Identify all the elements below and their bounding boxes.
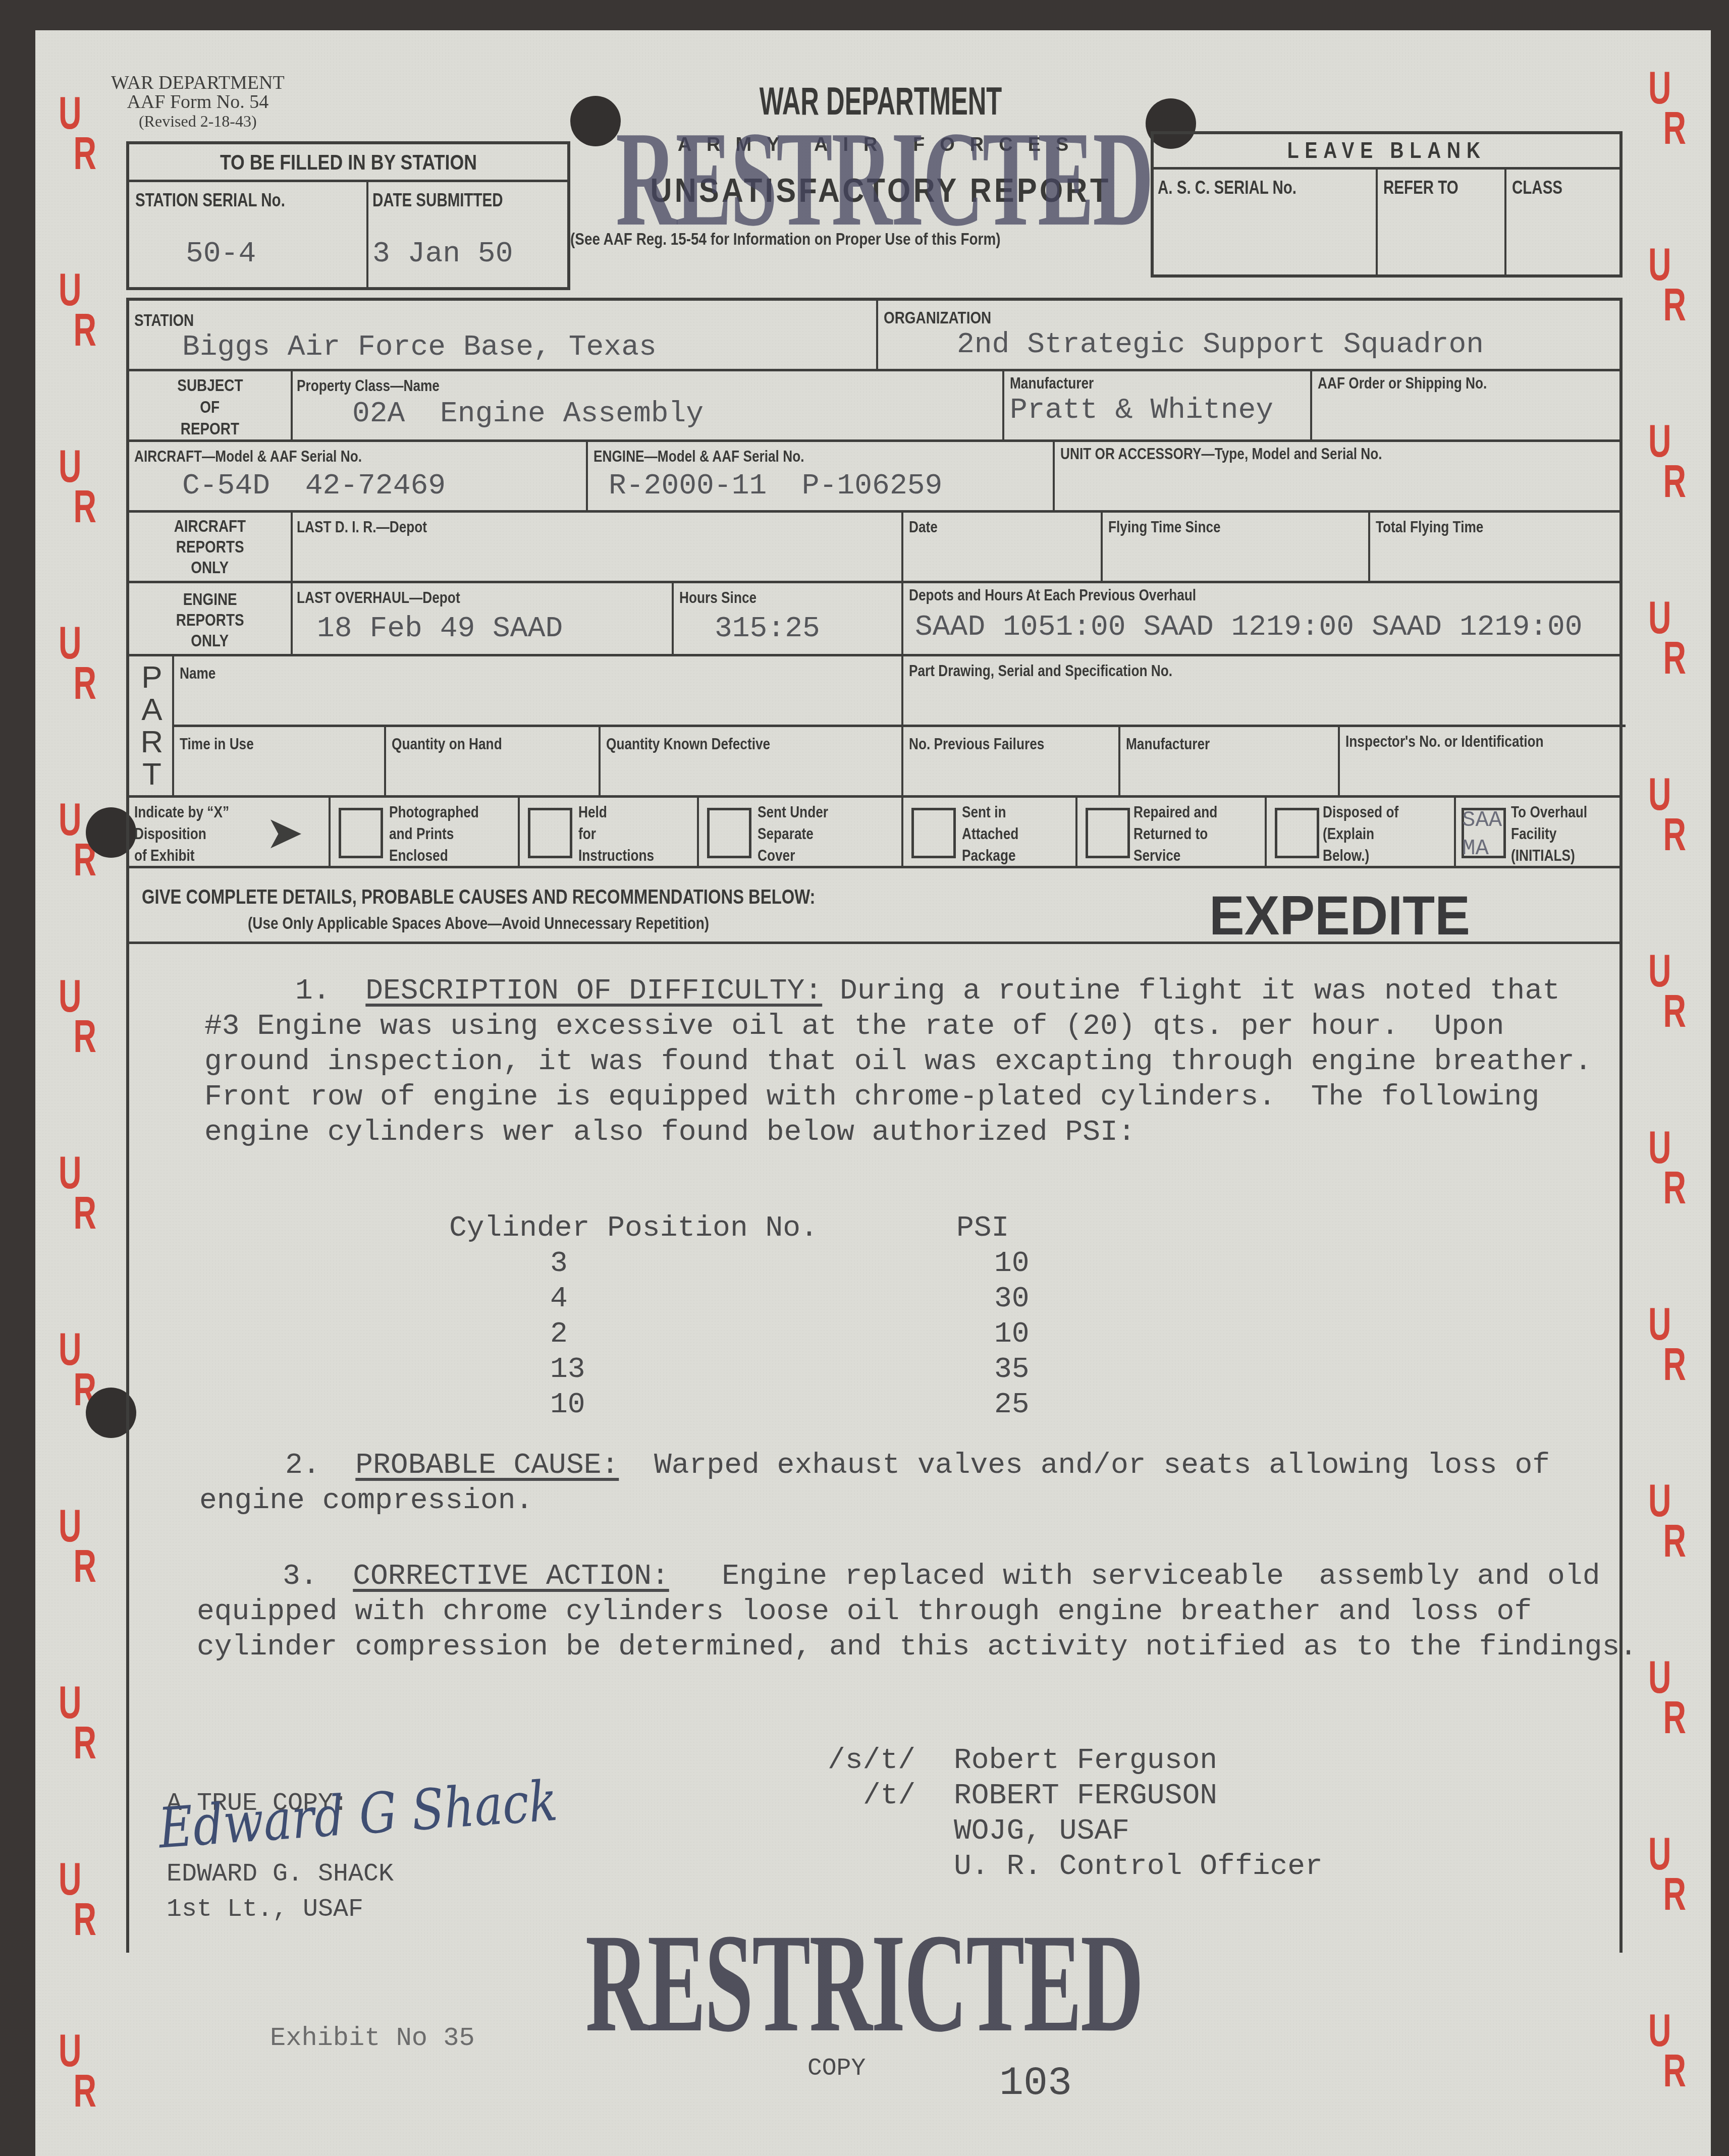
property-class-label: Property Class—Name bbox=[297, 376, 440, 395]
cylinder-position: 10 bbox=[550, 1388, 585, 1423]
exhibit-number: Exhibit No 35 bbox=[270, 2021, 475, 2056]
label-line: ENGINE bbox=[183, 591, 237, 608]
certifier-rank: 1st Lt., USAF bbox=[167, 1892, 363, 1927]
unit-accessory-field[interactable]: UNIT OR ACCESSORY—Type, Model and Serial… bbox=[1060, 445, 1453, 463]
option-separate-cover: Sent Under Separate Cover bbox=[758, 803, 844, 868]
engine-reports-only-label: ENGINE REPORTS ONLY bbox=[134, 591, 286, 653]
aircraft-field[interactable]: AIRCRAFT—Model & AAF Serial No. C-54D 42… bbox=[134, 447, 412, 466]
date-submitted-label: DATE SUBMITTED bbox=[372, 190, 503, 211]
divider bbox=[586, 442, 588, 510]
divider bbox=[1376, 170, 1378, 275]
manufacturer-value: Pratt & Whitney bbox=[1010, 394, 1273, 427]
station-box-header: TO BE FILLED IN BY STATION bbox=[129, 144, 567, 182]
station-value: Biggs Air Force Base, Texas bbox=[182, 331, 657, 364]
body-line: #3 Engine was using excessive oil at the… bbox=[204, 1010, 1504, 1043]
label-line: for bbox=[578, 824, 596, 843]
asc-serial-label: A. S. C. SERIAL No. bbox=[1158, 177, 1296, 198]
restricted-stamp-top: RESTRICTED bbox=[616, 114, 1153, 245]
flying-time-since-field[interactable]: Flying Time Since bbox=[1108, 518, 1245, 536]
label-line: Held bbox=[578, 803, 607, 821]
label-line: Package bbox=[962, 846, 1015, 864]
engine-value: R-2000-11 P-106259 bbox=[609, 470, 942, 503]
label-line: ONLY bbox=[191, 559, 229, 576]
ur-margin-mark: UR bbox=[59, 267, 96, 353]
body-line: Front row of engine is equipped with chr… bbox=[204, 1081, 1539, 1114]
cylinder-position: 2 bbox=[550, 1317, 568, 1352]
date-label: Date bbox=[909, 518, 938, 536]
quantity-on-hand-label: Quantity on Hand bbox=[392, 735, 502, 753]
document-page: UR UR UR UR UR UR UR UR UR UR UR UR UR U… bbox=[35, 30, 1711, 2156]
cylinder-psi: 35 bbox=[994, 1352, 1030, 1388]
last-dir-field[interactable]: LAST D. I. R.—Depot bbox=[297, 518, 456, 536]
section-number: 2. bbox=[285, 1449, 320, 1482]
cylinder-position: 3 bbox=[550, 1246, 568, 1282]
restricted-stamp-bottom: RESTRICTED bbox=[585, 1912, 1143, 2054]
label-line: (Explain bbox=[1323, 824, 1374, 843]
organization-field[interactable]: ORGANIZATION 2nd Strategic Support Squad… bbox=[884, 308, 1015, 328]
body-line: Warped exhaust valves and/or seats allow… bbox=[619, 1449, 1550, 1482]
arrow-right-icon: ➤ bbox=[265, 810, 303, 856]
divider bbox=[1310, 371, 1312, 439]
refer-to-label: REFER TO bbox=[1383, 177, 1458, 198]
body-line: During a routine flight it was noted tha… bbox=[822, 975, 1560, 1008]
station-serial-value: 50-4 bbox=[186, 238, 256, 270]
body-line: engine cylinders wer also found below au… bbox=[204, 1116, 1136, 1149]
last-overhaul-label: LAST OVERHAUL—Depot bbox=[297, 588, 460, 607]
part-name-label: Name bbox=[180, 664, 215, 683]
cylinder-position: 4 bbox=[550, 1282, 568, 1317]
divider bbox=[599, 727, 601, 795]
signer-rank: WOJG, USAF bbox=[954, 1814, 1129, 1849]
unit-accessory-label: UNIT OR ACCESSORY—Type, Model and Serial… bbox=[1060, 445, 1382, 463]
ur-margin-mark: UR bbox=[59, 91, 96, 177]
divider bbox=[366, 182, 368, 288]
previous-failures-label: No. Previous Failures bbox=[909, 735, 1044, 753]
quantity-defective-field[interactable]: Quantity Known Defective bbox=[606, 735, 806, 753]
part-manufacturer-label: Manufacturer bbox=[1126, 735, 1210, 753]
typed-marker: /t/ bbox=[863, 1779, 915, 1814]
form-number: AAF Form No. 54 bbox=[111, 92, 285, 112]
label-line: Returned to bbox=[1133, 824, 1208, 843]
divider bbox=[172, 725, 1626, 727]
part-name-field[interactable]: Name bbox=[180, 664, 224, 683]
label-line: Disposition bbox=[134, 824, 206, 843]
aircraft-label: AIRCRAFT—Model & AAF Serial No. bbox=[134, 447, 362, 466]
divider bbox=[1002, 371, 1004, 439]
leave-blank-title: LEAVE BLANK bbox=[1287, 138, 1486, 163]
part-letter: P bbox=[135, 661, 169, 694]
divider bbox=[129, 439, 1619, 442]
details-instruction-sub: (Use Only Applicable Spaces Above—Avoid … bbox=[248, 914, 709, 933]
previous-overhauls-value: SAAD 1051:00 SAAD 1219:00 SAAD 1219:00 bbox=[915, 611, 1583, 644]
aaf-order-label: AAF Order or Shipping No. bbox=[1318, 374, 1487, 393]
reg-note-text: (See AAF Reg. 15-54 for Information on P… bbox=[570, 230, 1001, 249]
part-drawing-field[interactable]: Part Drawing, Serial and Specification N… bbox=[909, 661, 1230, 680]
ur-margin-mark: UR bbox=[1648, 1655, 1686, 1741]
ur-margin-mark: UR bbox=[1648, 419, 1686, 505]
label-line: Sent in bbox=[962, 803, 1006, 821]
ur-margin-mark: UR bbox=[59, 621, 96, 706]
station-field[interactable]: STATION Biggs Air Force Base, Texas bbox=[134, 311, 207, 330]
flying-time-since-label: Flying Time Since bbox=[1108, 518, 1221, 536]
divider bbox=[1504, 170, 1506, 275]
ur-margin-mark: UR bbox=[59, 444, 96, 530]
label-line: Photographed bbox=[389, 803, 479, 821]
ur-margin-mark: UR bbox=[59, 1680, 96, 1766]
last-dir-label: LAST D. I. R.—Depot bbox=[297, 518, 427, 536]
asc-serial-field[interactable]: A. S. C. SERIAL No. bbox=[1158, 177, 1327, 198]
initials-mark: SAA MA bbox=[1462, 806, 1518, 863]
option-held: Held for Instructions bbox=[578, 803, 671, 868]
engine-label: ENGINE—Model & AAF Serial No. bbox=[593, 447, 804, 466]
station-serial-field[interactable]: STATION SERIAL No. 50-4 bbox=[135, 190, 318, 211]
divider bbox=[876, 301, 878, 369]
divider bbox=[291, 583, 293, 654]
label-line: (INITIALS) bbox=[1511, 846, 1575, 864]
hours-since-field[interactable]: Hours Since 315:25 bbox=[679, 588, 774, 607]
table-header-psi: PSI bbox=[956, 1211, 1009, 1246]
last-overhaul-field[interactable]: LAST OVERHAUL—Depot 18 Feb 49 SAAD bbox=[297, 588, 496, 607]
class-label: CLASS bbox=[1512, 177, 1562, 198]
previous-overhauls-label: Depots and Hours At Each Previous Overha… bbox=[909, 586, 1196, 604]
divider bbox=[1101, 513, 1103, 581]
manufacturer-label: Manufacturer bbox=[1010, 374, 1094, 393]
hours-since-value: 315:25 bbox=[715, 613, 820, 645]
divider bbox=[129, 942, 1619, 944]
section-heading: PROBABLE CAUSE: bbox=[355, 1449, 619, 1482]
body-line: engine compression. bbox=[199, 1484, 533, 1517]
engine-field[interactable]: ENGINE—Model & AAF Serial No. R-2000-11 … bbox=[593, 447, 850, 466]
divider bbox=[129, 369, 1619, 371]
cylinder-psi: 25 bbox=[994, 1388, 1030, 1423]
label-line: REPORTS bbox=[176, 538, 244, 556]
checkbox-disposed[interactable] bbox=[1275, 808, 1319, 858]
divider bbox=[291, 513, 293, 581]
divider bbox=[1338, 727, 1340, 795]
previous-failures-field[interactable]: No. Previous Failures bbox=[909, 735, 1074, 753]
class-field[interactable]: CLASS bbox=[1512, 177, 1574, 198]
label-line: AIRCRAFT bbox=[174, 518, 246, 535]
label-line: Attached bbox=[962, 824, 1018, 843]
option-overhaul-facility: To Overhaul Facility (INITIALS) bbox=[1511, 803, 1604, 868]
inspector-label: Inspector's No. or Identification bbox=[1345, 732, 1544, 751]
divider bbox=[384, 727, 386, 795]
date-submitted-field[interactable]: DATE SUBMITTED 3 Jan 50 bbox=[372, 190, 531, 211]
signer-title: U. R. Control Officer bbox=[954, 1849, 1323, 1885]
divider bbox=[1075, 798, 1077, 866]
divider bbox=[129, 510, 1619, 513]
last-overhaul-value: 18 Feb 49 SAAD bbox=[317, 613, 563, 645]
signer-name-typed: ROBERT FERGUSON bbox=[954, 1779, 1217, 1814]
label-line: Sent Under bbox=[758, 803, 828, 821]
section-probable-cause: 2. PROBABLE CAUSE: Warped exhaust valves… bbox=[199, 1448, 1550, 1519]
option-photographed: Photographed and Prints Enclosed bbox=[389, 803, 499, 868]
divider bbox=[697, 798, 699, 866]
form-dept: WAR DEPARTMENT bbox=[111, 73, 285, 92]
label-line: Disposed of bbox=[1323, 803, 1398, 821]
divider bbox=[129, 795, 1619, 798]
label-line: Repaired and bbox=[1133, 803, 1217, 821]
divider bbox=[901, 583, 903, 654]
divider bbox=[901, 798, 903, 866]
ur-margin-mark: UR bbox=[59, 974, 96, 1060]
cylinder-position: 13 bbox=[550, 1352, 585, 1388]
label-line: Facility bbox=[1511, 824, 1556, 843]
hours-since-label: Hours Since bbox=[679, 588, 757, 607]
label-line: SUBJECT bbox=[177, 376, 243, 395]
label-line: OF bbox=[200, 398, 220, 416]
label-line: Separate bbox=[758, 824, 814, 843]
subject-of-report-label: SUBJECT OF REPORT bbox=[134, 376, 286, 441]
disposition-intro: Indicate by “X” Disposition of Exhibit bbox=[134, 803, 250, 868]
part-manufacturer-field[interactable]: Manufacturer bbox=[1126, 735, 1228, 753]
divider bbox=[901, 513, 903, 581]
reg-note: (See AAF Reg. 15-54 for Information on P… bbox=[570, 230, 1176, 249]
details-instruction-sub-wrap: (Use Only Applicable Spaces Above—Avoid … bbox=[248, 914, 811, 933]
cylinder-psi: 10 bbox=[994, 1317, 1030, 1352]
copy-number: 103 bbox=[999, 2066, 1072, 2102]
body-line: Engine replaced with serviceable assembl… bbox=[669, 1560, 1600, 1593]
divider bbox=[291, 371, 293, 439]
label-line: Indicate by “X” bbox=[134, 803, 229, 821]
ur-margin-mark: UR bbox=[1648, 595, 1686, 681]
date-submitted-value: 3 Jan 50 bbox=[372, 238, 513, 270]
option-disposed: Disposed of (Explain Below.) bbox=[1323, 803, 1415, 868]
label-line: Below.) bbox=[1323, 846, 1369, 864]
organization-value: 2nd Strategic Support Squadron bbox=[957, 328, 1484, 361]
time-in-use-field[interactable]: Time in Use bbox=[180, 735, 270, 753]
part-letter: A bbox=[135, 694, 169, 726]
divider bbox=[329, 798, 331, 866]
checkbox-attached-package[interactable] bbox=[911, 808, 956, 858]
property-class-field[interactable]: Property Class—Name 02A Engine Assembly bbox=[297, 376, 471, 395]
divider bbox=[1053, 442, 1055, 510]
checkbox-separate-cover[interactable] bbox=[707, 808, 751, 858]
ur-margin-mark: UR bbox=[59, 1150, 96, 1236]
checkbox-repaired-returned[interactable] bbox=[1086, 808, 1130, 858]
ur-margin-mark: UR bbox=[1648, 66, 1686, 151]
label-line: Enclosed bbox=[389, 846, 448, 864]
time-in-use-label: Time in Use bbox=[180, 735, 254, 753]
station-box-title: TO BE FILLED IN BY STATION bbox=[220, 150, 476, 175]
signature-marker: /s/t/ bbox=[828, 1743, 915, 1779]
body-line: cylinder compression be determined, and … bbox=[197, 1631, 1637, 1664]
ur-margin-mark: UR bbox=[1648, 2008, 1686, 2094]
section-number: 3. bbox=[283, 1560, 318, 1593]
label-line: REPORTS bbox=[176, 612, 244, 629]
aircraft-value: C-54D 42-72469 bbox=[182, 470, 446, 503]
certifier-name: EDWARD G. SHACK bbox=[167, 1857, 394, 1892]
checkbox-overhaul-facility[interactable]: SAA MA bbox=[1462, 808, 1506, 858]
ur-margin-mark: UR bbox=[1648, 772, 1686, 858]
aaf-order-field[interactable]: AAF Order or Shipping No. bbox=[1318, 374, 1524, 393]
divider bbox=[1265, 798, 1267, 866]
organization-label: ORGANIZATION bbox=[884, 308, 991, 328]
quantity-on-hand-field[interactable]: Quantity on Hand bbox=[392, 735, 526, 753]
section-corrective-action: 3. CORRECTIVE ACTION: Engine replaced wi… bbox=[197, 1559, 1637, 1665]
cylinder-psi: 30 bbox=[994, 1282, 1030, 1317]
body-line: equipped with chrome cylinders loose oil… bbox=[197, 1595, 1532, 1628]
previous-overhauls-field[interactable]: Depots and Hours At Each Previous Overha… bbox=[909, 586, 1259, 604]
property-class-value: 02A Engine Assembly bbox=[352, 398, 704, 430]
label-line: To Overhaul bbox=[1511, 803, 1587, 821]
ur-margin-mark: UR bbox=[1648, 949, 1686, 1034]
label-line: Service bbox=[1133, 846, 1180, 864]
ur-margin-mark: UR bbox=[59, 2028, 96, 2114]
expedite-stamp: EXPEDITE bbox=[1209, 883, 1470, 948]
option-attached-package: Sent in Attached Package bbox=[962, 803, 1031, 868]
leave-blank-box: LEAVE BLANK A. S. C. SERIAL No. REFER TO… bbox=[1151, 131, 1623, 278]
ur-margin-mark: UR bbox=[1648, 1832, 1686, 1917]
aircraft-reports-only-label: AIRCRAFT REPORTS ONLY bbox=[134, 518, 286, 580]
date-field[interactable]: Date bbox=[909, 518, 944, 536]
station-serial-label: STATION SERIAL No. bbox=[135, 190, 285, 211]
divider bbox=[129, 654, 1619, 656]
signer-name: Robert Ferguson bbox=[954, 1743, 1217, 1779]
part-letter: T bbox=[135, 758, 169, 791]
label-line: of Exhibit bbox=[134, 846, 195, 864]
manufacturer-field[interactable]: Manufacturer Pratt & Whitney bbox=[1010, 374, 1112, 393]
divider bbox=[129, 581, 1619, 583]
divider bbox=[672, 583, 674, 654]
label-line: REPORT bbox=[181, 420, 239, 438]
section-description: 1. DESCRIPTION OF DIFFICULTY: During a r… bbox=[204, 974, 1592, 1150]
label-line: ONLY bbox=[191, 632, 229, 649]
divider bbox=[129, 866, 1619, 868]
station-filled-box: TO BE FILLED IN BY STATION STATION SERIA… bbox=[126, 141, 570, 290]
form-identifier: WAR DEPARTMENT AAF Form No. 54 (Revised … bbox=[111, 73, 285, 131]
refer-to-field[interactable]: REFER TO bbox=[1383, 177, 1475, 198]
quantity-defective-label: Quantity Known Defective bbox=[606, 735, 770, 753]
part-drawing-label: Part Drawing, Serial and Specification N… bbox=[909, 661, 1172, 680]
divider bbox=[1118, 727, 1120, 795]
divider bbox=[518, 798, 520, 866]
total-flying-time-field[interactable]: Total Flying Time bbox=[1376, 518, 1507, 536]
leave-blank-header: LEAVE BLANK bbox=[1154, 134, 1619, 170]
part-letter: R bbox=[135, 726, 169, 758]
total-flying-time-label: Total Flying Time bbox=[1376, 518, 1483, 536]
section-heading: DESCRIPTION OF DIFFICULTY: bbox=[365, 975, 822, 1008]
divider bbox=[1368, 513, 1370, 581]
label-line: Instructions bbox=[578, 846, 654, 864]
details-instruction: GIVE COMPLETE DETAILS, PROBABLE CAUSES A… bbox=[142, 886, 963, 909]
details-instruction-main: GIVE COMPLETE DETAILS, PROBABLE CAUSES A… bbox=[142, 886, 816, 909]
divider bbox=[1454, 798, 1456, 866]
ur-margin-mark: UR bbox=[1648, 1125, 1686, 1211]
body-line: ground inspection, it was found that oil… bbox=[204, 1045, 1592, 1078]
part-vertical-label: P A R T bbox=[135, 661, 169, 791]
section-number: 1. bbox=[295, 975, 331, 1008]
station-label: STATION bbox=[134, 311, 194, 330]
ur-margin-mark: UR bbox=[1648, 1478, 1686, 1564]
form-revised: (Revised 2-18-43) bbox=[111, 112, 285, 131]
label-line: Cover bbox=[758, 846, 795, 864]
label-line: and Prints bbox=[389, 824, 454, 843]
table-header-cylinder: Cylinder Position No. bbox=[449, 1211, 818, 1246]
ur-margin-mark: UR bbox=[1648, 1302, 1686, 1388]
cylinder-psi: 10 bbox=[994, 1246, 1030, 1282]
copy-label: COPY bbox=[807, 2051, 866, 2086]
checkbox-held[interactable] bbox=[528, 808, 572, 858]
section-heading: CORRECTIVE ACTION: bbox=[353, 1560, 669, 1593]
inspector-field[interactable]: Inspector's No. or Identification bbox=[1345, 732, 1587, 751]
option-repaired-returned: Repaired and Returned to Service bbox=[1133, 803, 1236, 868]
checkbox-photographed[interactable] bbox=[339, 808, 383, 858]
ur-margin-mark: UR bbox=[59, 1857, 96, 1943]
ur-margin-mark: UR bbox=[59, 1504, 96, 1589]
ur-margin-mark: UR bbox=[1648, 242, 1686, 328]
